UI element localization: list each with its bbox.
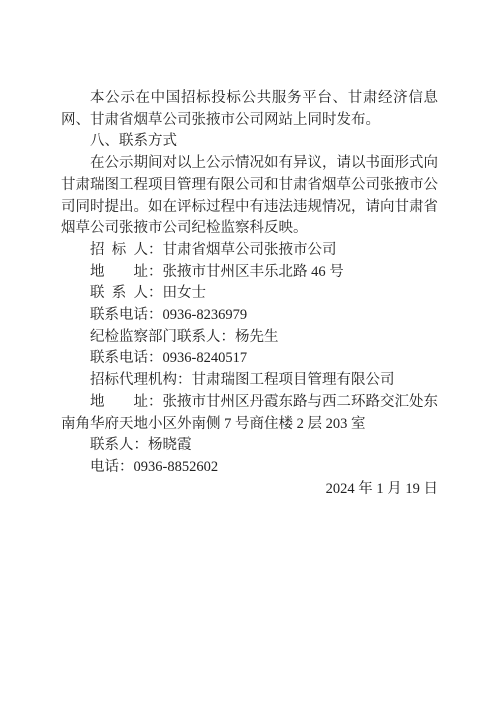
line-discipline-phone: 联系电话：0936-8240517 — [61, 348, 438, 370]
line-agency-name: 招标代理机构：甘肃瑞图工程项目管理有限公司 — [61, 370, 438, 392]
document-date: 2024 年 1 月 19 日 — [61, 479, 438, 501]
document-page: 本公示在中国招标投标公共服务平台、甘肃经济信息网、甘肃省烟草公司张掖市公司网站上… — [0, 0, 500, 706]
line-discipline-contact: 纪检监察部门联系人：杨先生 — [61, 327, 438, 349]
line-contact-phone: 联系电话：0936-8236979 — [61, 305, 438, 327]
line-agency-address: 地 址：张掖市甘州区丹霞东路与西二环路交汇处东南角华府天地小区外南侧 7 号商住… — [61, 392, 438, 435]
line-agency-contact-person: 联系人：杨晓霞 — [61, 435, 438, 457]
paragraph-publish-notice: 本公示在中国招标投标公共服务平台、甘肃经济信息网、甘肃省烟草公司张掖市公司网站上… — [61, 88, 438, 131]
line-tenderer: 招 标 人：甘肃省烟草公司张掖市公司 — [61, 240, 438, 262]
section-heading-contact-info: 八、联系方式 — [61, 131, 438, 153]
line-contact-person: 联 系 人：田女士 — [61, 283, 438, 305]
line-tenderer-address: 地 址：张掖市甘州区丰乐北路 46 号 — [61, 262, 438, 284]
paragraph-objection-notice: 在公示期间对以上公示情况如有异议，请以书面形式向甘肃瑞图工程项目管理有限公司和甘… — [61, 153, 438, 240]
line-agency-phone: 电话：0936-8852602 — [61, 457, 438, 479]
